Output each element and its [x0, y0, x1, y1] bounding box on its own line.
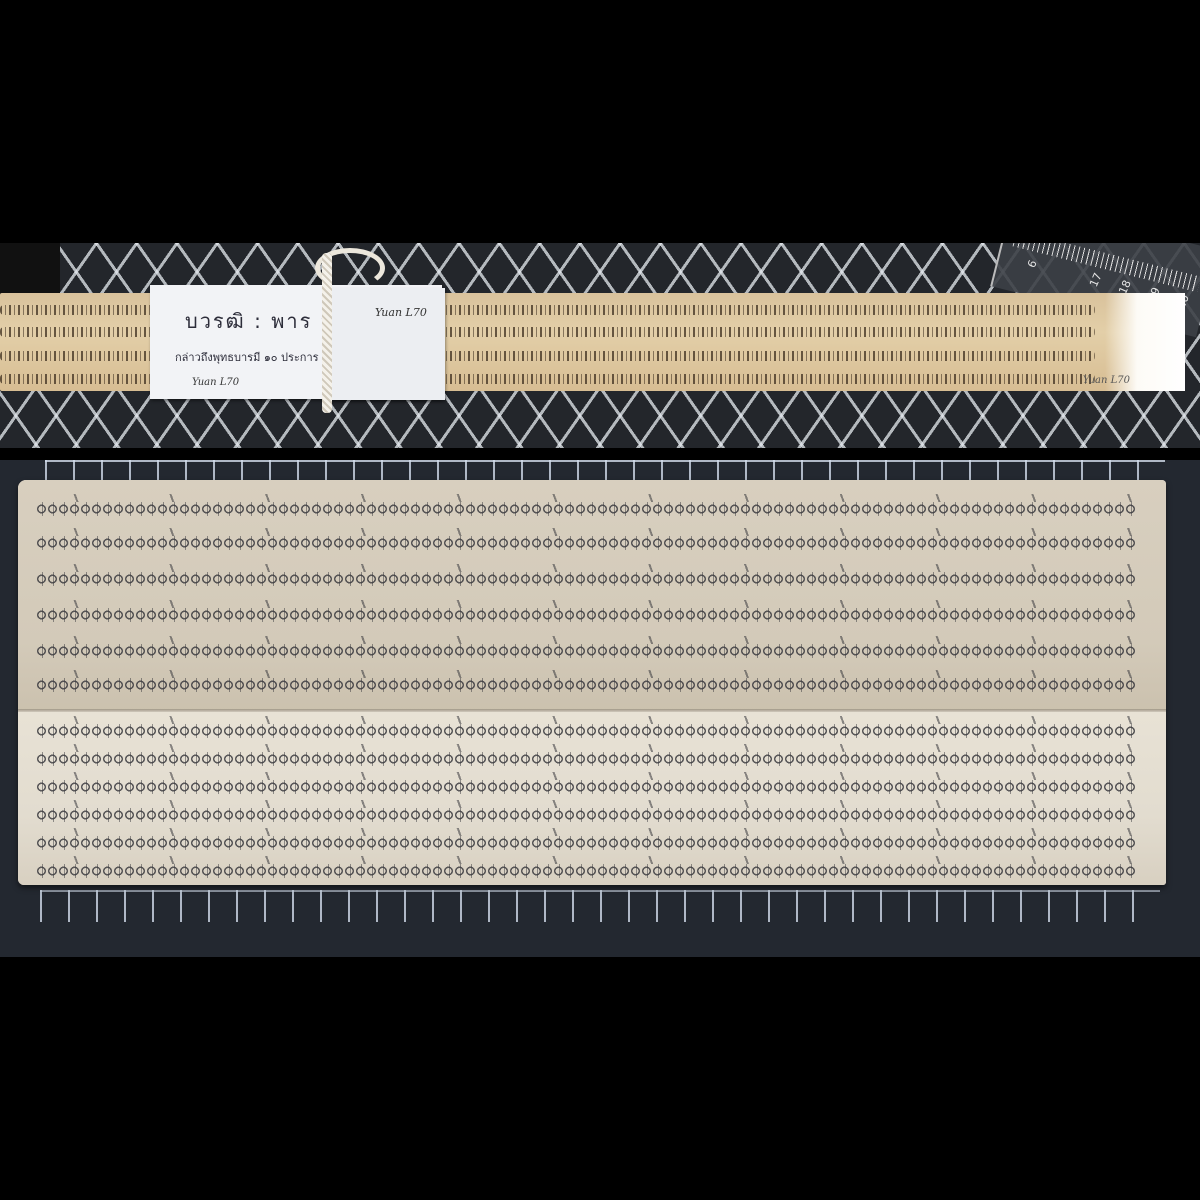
folio-upper-panel	[18, 480, 1166, 712]
label-code-top: Yuan L70	[375, 306, 427, 319]
label-code-bottom: Yuan L70	[192, 377, 239, 388]
cutting-mat-grid	[40, 890, 1160, 922]
manuscript-line	[36, 564, 1136, 590]
manuscript-line	[36, 494, 1136, 520]
folio-lower-panel	[18, 712, 1166, 885]
ruler-number: 6	[1025, 258, 1040, 270]
manuscript-line	[36, 636, 1136, 662]
label-title: บวรฒิ : พาร มี	[185, 305, 336, 337]
manuscript-line	[36, 828, 1136, 854]
manuscript-line	[36, 856, 1136, 882]
tie-string	[322, 253, 332, 413]
manuscript-line	[36, 670, 1136, 696]
manuscript-line	[36, 800, 1136, 826]
label-card-flap: Yuan L70	[330, 288, 445, 400]
manuscript-line	[36, 528, 1136, 554]
manuscript-line	[36, 716, 1136, 742]
manuscript-line	[36, 744, 1136, 770]
manuscript-line	[36, 600, 1136, 626]
palm-leaf-photo: 6 17 18 19 20 Yuan L70 บวรฒิ : พาร มี กล…	[0, 243, 1200, 448]
paper-manuscript-photo	[0, 460, 1200, 957]
palm-leaf-margin-mark: Yuan L70	[1083, 375, 1130, 386]
label-subtitle: กล่าวถึงพุทธบารมี ๑๐ ประการ	[175, 348, 319, 366]
ruler-ticks	[1013, 243, 1200, 292]
ruler-number: 17	[1087, 271, 1105, 289]
paper-folio	[18, 480, 1166, 885]
manuscript-line	[36, 772, 1136, 798]
